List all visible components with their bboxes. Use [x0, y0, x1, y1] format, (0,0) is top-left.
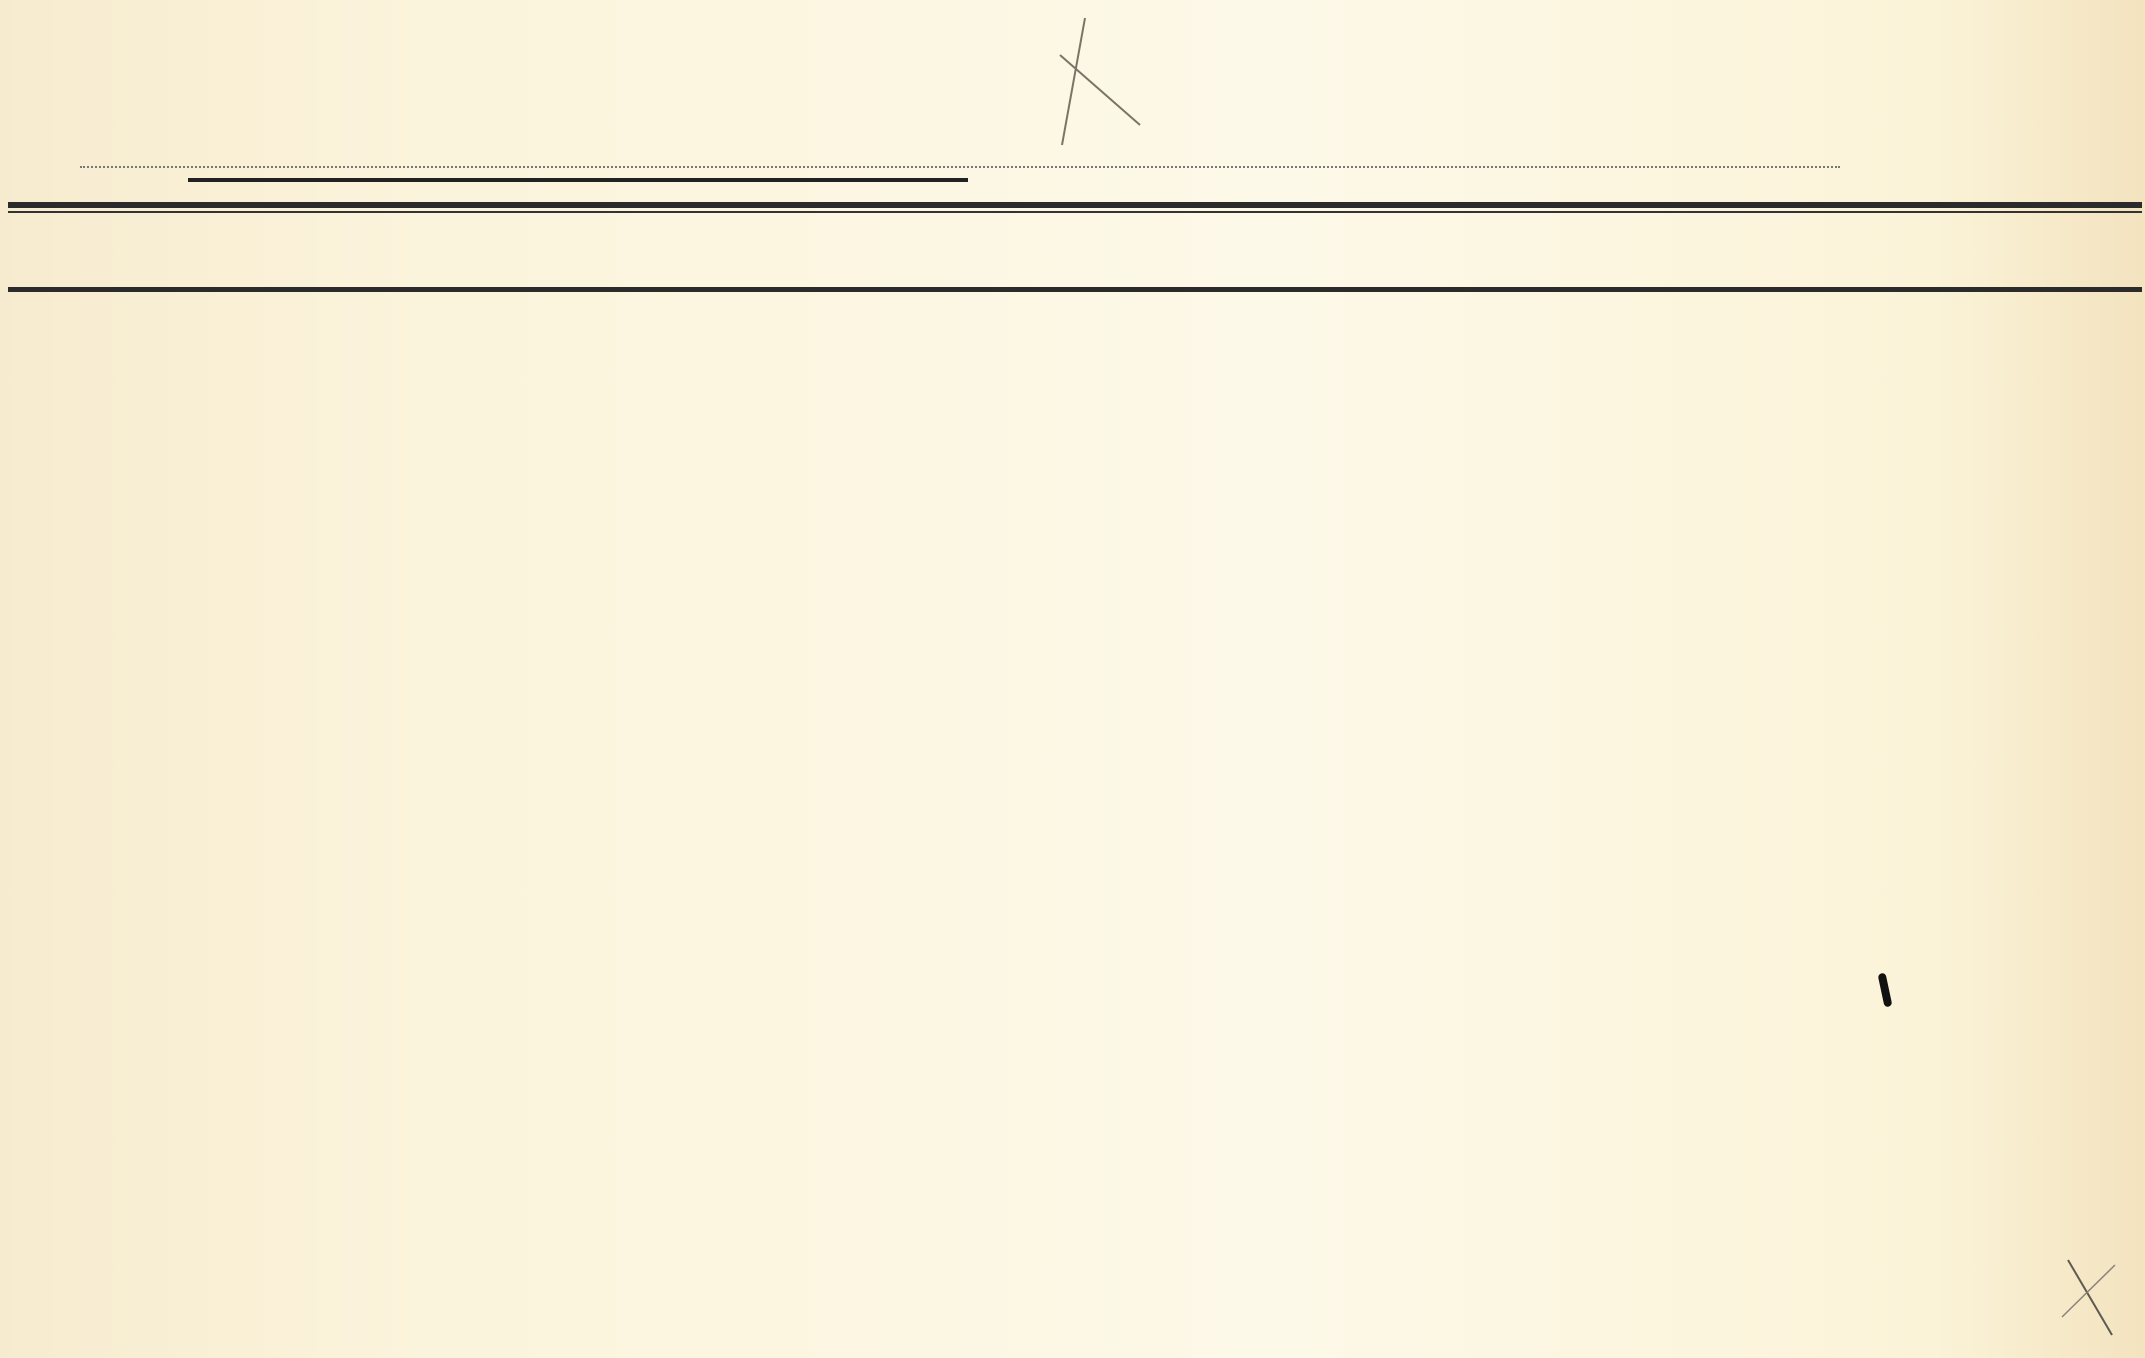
- species-underline: [188, 178, 968, 182]
- pencil-corner-note: [29, 6, 77, 21]
- table-top-rule: [8, 202, 2142, 208]
- table-top-rule-thin: [8, 211, 2142, 213]
- ink-mark: [1878, 973, 1893, 1008]
- header-bottom-rule: [8, 287, 2142, 292]
- pencil-note-line: [35, 6, 77, 20]
- species-dotted-line: [80, 166, 1840, 168]
- pencil-cross-mark-bottom-icon: [2060, 1255, 2130, 1345]
- pencil-note-line: [29, 6, 77, 21]
- index-field: [1700, 138, 1706, 167]
- pencil-cross-mark-icon: [1040, 10, 1160, 150]
